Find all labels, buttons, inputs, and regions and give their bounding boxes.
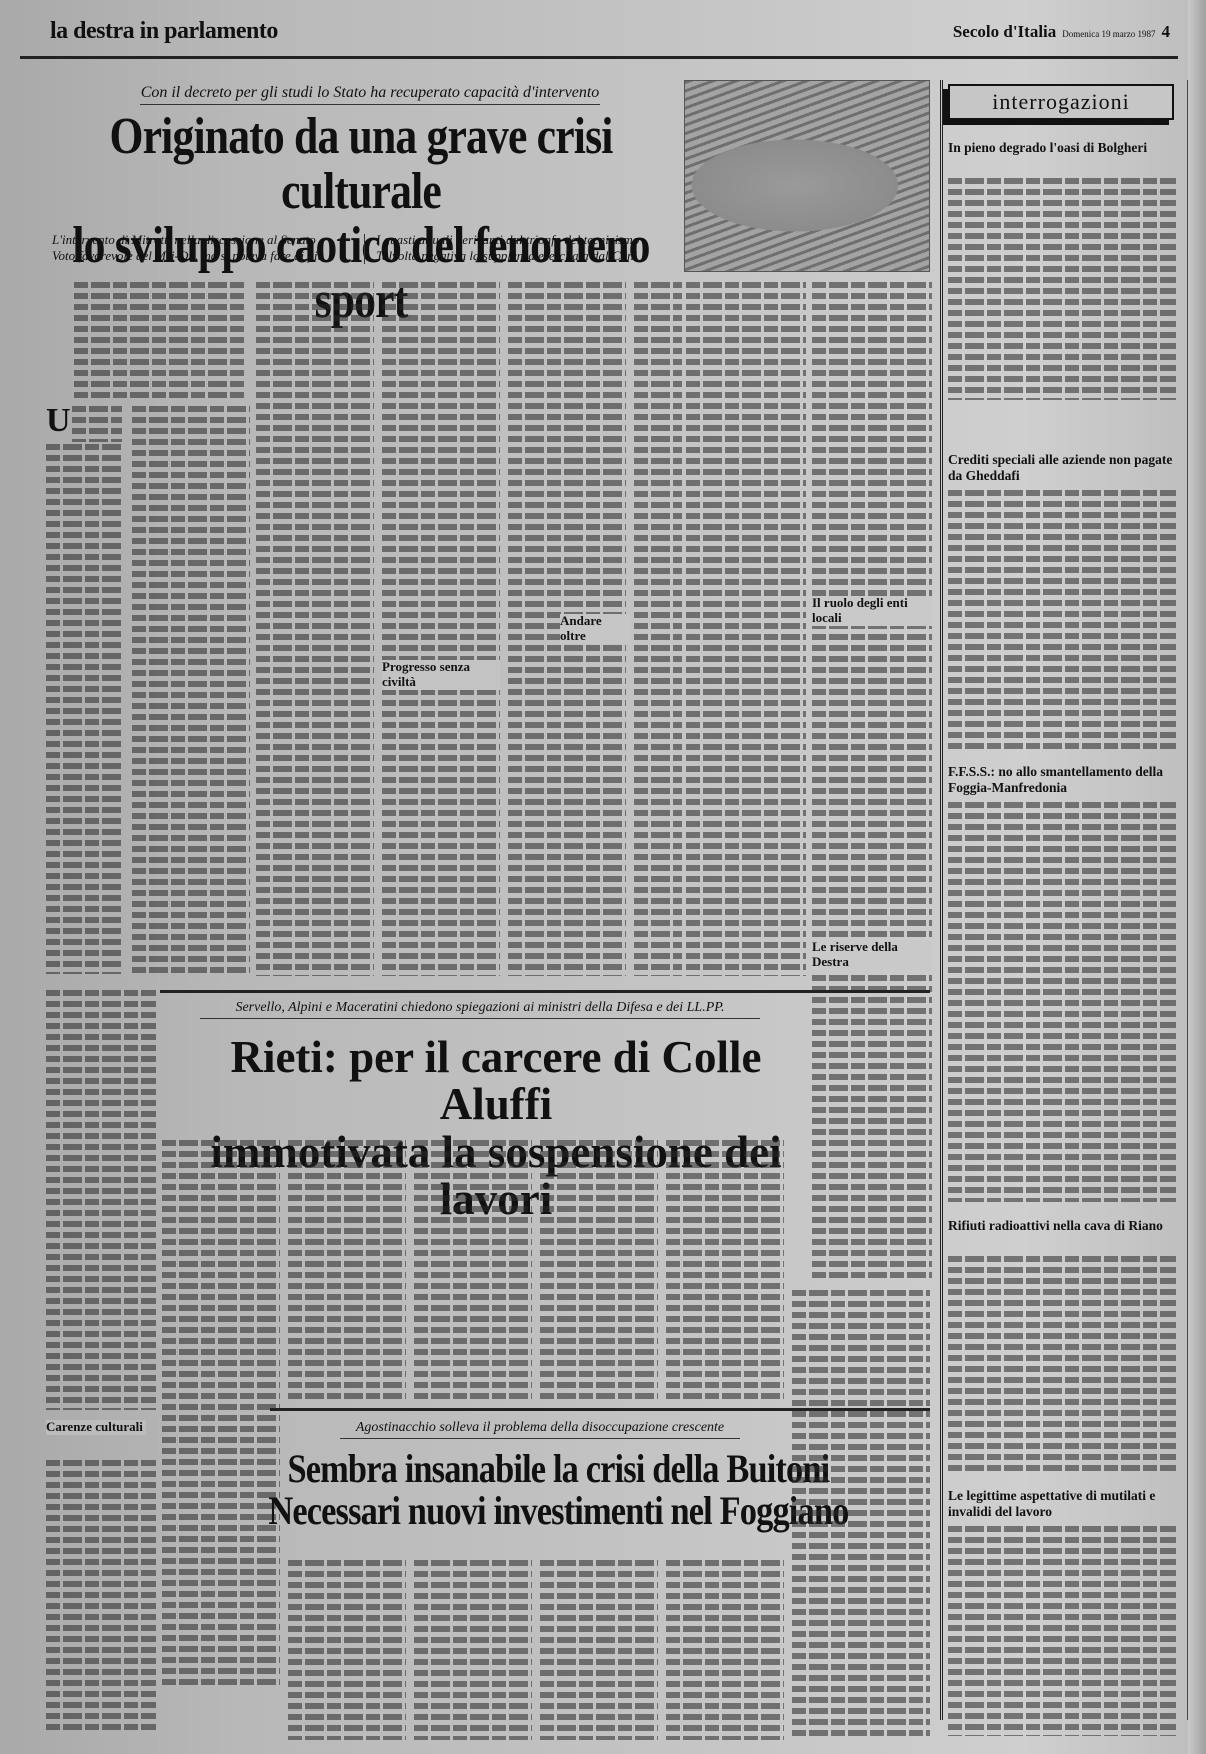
text-column	[792, 1290, 930, 1740]
text-column	[132, 406, 250, 976]
masthead: Secolo d'Italia Domenica 19 marzo 1987 4	[953, 22, 1170, 42]
text-column	[686, 282, 806, 976]
interrogazione-heading: Rifiuti radioattivi nella cava di Riano	[948, 1218, 1176, 1234]
deck-line: Talvolta negativa la supplenza esercitat…	[376, 248, 686, 264]
rieti-kicker: Servello, Alpini e Maceratini chiedono s…	[200, 1000, 760, 1019]
page-number: 4	[1162, 22, 1171, 42]
sport-kicker: Con il decreto per gli studi lo Stato ha…	[140, 84, 600, 105]
newspaper-page: la destra in parlamento Secolo d'Italia …	[0, 0, 1206, 1754]
text-column	[72, 406, 122, 442]
text-column	[540, 1140, 658, 1400]
interrogazione-heading: Crediti speciali alle aziende non pagate…	[948, 452, 1176, 483]
newspaper-name: Secolo d'Italia	[953, 22, 1056, 42]
interrogazione-heading: F.F.S.S.: no allo smantellamento della F…	[948, 764, 1176, 795]
subhead: Il ruolo degli enti locali	[812, 596, 932, 626]
rieti-headline-line1: Rieti: per il carcere di Colle Aluffi	[196, 1034, 796, 1129]
buitoni-headline-line2: Necessari nuovi investimenti nel Foggian…	[266, 1490, 851, 1532]
interrogazione-text	[948, 490, 1176, 752]
buitoni-kicker: Agostinacchio solleva il problema della …	[340, 1420, 740, 1439]
text-column	[46, 990, 156, 1410]
text-column	[414, 1560, 532, 1740]
subhead: Carenze culturali	[46, 1420, 146, 1435]
text-column	[414, 1140, 532, 1400]
section-title: la destra in parlamento	[50, 18, 278, 45]
text-column	[46, 444, 122, 974]
text-column	[162, 1140, 280, 1690]
text-column	[382, 282, 500, 976]
intro-text	[74, 282, 244, 402]
text-column	[288, 1140, 406, 1400]
interrogazioni-title: interrogazioni	[948, 84, 1174, 120]
buitoni-headline: Sembra insanabile la crisi della Buitoni…	[266, 1448, 851, 1532]
deck-line: I guasti attuali derivanti dal trionfo d…	[376, 232, 686, 248]
interrogazione-heading: Le legittime aspettative di mutilati e i…	[948, 1488, 1176, 1519]
text-column	[256, 282, 374, 976]
deck-divider	[364, 234, 365, 264]
interrogazione-text	[948, 802, 1176, 1202]
dropcap: U	[46, 404, 71, 438]
sport-deck-right: I guasti attuali derivanti dal trionfo d…	[376, 232, 686, 265]
sport-deck-left: L'intervento di Mitrotti nella discussio…	[52, 232, 352, 265]
subhead: Progresso senza civiltà	[382, 660, 500, 690]
interrogazione-text	[948, 178, 1176, 400]
text-column	[634, 282, 682, 976]
interrogazione-text	[948, 1256, 1176, 1476]
header-rule	[20, 56, 1178, 59]
section-rule	[160, 990, 930, 993]
subhead: Le riserve della Destra	[812, 940, 932, 970]
stadium-photo	[684, 80, 930, 272]
text-column	[666, 1140, 784, 1400]
sport-headline-line1: Originato da una grave crisi culturale	[46, 110, 676, 219]
text-column	[46, 1460, 156, 1730]
interrogazione-heading: In pieno degrado l'oasi di Bolgheri	[948, 140, 1176, 156]
page-edge	[1188, 0, 1206, 1754]
text-column	[540, 1560, 658, 1740]
deck-line: Voto favorevole del Msi-Dn, ma si poteva…	[52, 248, 352, 264]
text-column	[666, 1560, 784, 1740]
text-column	[812, 282, 932, 1282]
deck-line: L'intervento di Mitrotti nella discussio…	[52, 232, 352, 248]
buitoni-headline-line1: Sembra insanabile la crisi della Buitoni	[266, 1448, 851, 1490]
interrogazione-text	[948, 1526, 1176, 1736]
issue-date: Domenica 19 marzo 1987	[1062, 29, 1155, 39]
subhead: Andare oltre	[560, 614, 630, 644]
text-column	[288, 1560, 406, 1740]
